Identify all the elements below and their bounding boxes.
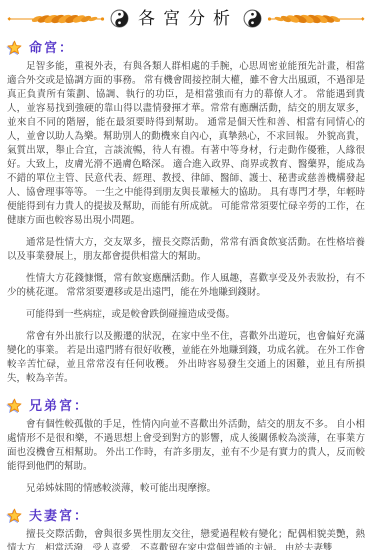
- rope-divider-left-icon: [7, 11, 105, 27]
- star-icon: [7, 508, 22, 523]
- section-header: 命宮：: [7, 40, 372, 55]
- analysis-page: 各宮分析: [0, 0, 372, 550]
- star-icon: [7, 40, 22, 55]
- section-title: 兄弟宮：: [29, 399, 89, 412]
- paragraph: 可能得到一些病症，或是較會跌倒碰撞造成受傷。: [7, 308, 365, 322]
- paragraph: 兄弟姊妹間的情感較淡薄，較可能出現摩擦。: [7, 482, 365, 496]
- paragraph: 性情大方花錢慷慨，常有飲宴應酬活動。作人風趣，喜歡享受及外表妝扮，有不少的桃花運…: [7, 272, 365, 300]
- paragraph: 會有個性較孤傲的手足，性情內向並不喜歡出外活動，結交的朋友不多。 自小相處情形不…: [7, 418, 365, 474]
- section-header: 夫妻宮：: [7, 508, 372, 523]
- rope-divider-right-icon: [267, 11, 365, 27]
- section-header: 兄弟宮：: [7, 398, 372, 413]
- paragraph: 擅長交際活動，會與很多異性朋友交往，戀愛過程較有變化；配偶相貌美艷，熱情大方，相…: [7, 528, 365, 550]
- paragraph: 足智多能，重視外表，有與各類人群相處的手腕，心思周密並能預先計畫，相當適合外交或…: [7, 60, 365, 228]
- taiji-icon: [243, 9, 262, 28]
- section-ming-gong: 命宮： 足智多能，重視外表，有與各類人群相處的手腕，心思周密並能預先計畫，相當適…: [0, 40, 372, 386]
- taiji-icon: [110, 9, 129, 28]
- paragraph: 通常是性情大方，交友眾多，擅長交際活動，常常有酒食飲宴活動。在性格培養以及事業發…: [7, 236, 365, 264]
- section-title: 命宮：: [29, 41, 74, 54]
- page-title: 各宮分析: [138, 10, 238, 27]
- section-xiong-di-gong: 兄弟宮： 會有個性較孤傲的手足，性情內向並不喜歡出外活動，結交的朋友不多。 自小…: [0, 398, 372, 496]
- section-title: 夫妻宮：: [29, 509, 89, 522]
- page-header: 各宮分析: [0, 0, 372, 28]
- section-fu-qi-gong: 夫妻宮： 擅長交際活動，會與很多異性朋友交往，戀愛過程較有變化；配偶相貌美艷，熱…: [0, 508, 372, 550]
- paragraph: 常會有外出旅行以及搬遷的狀況，在家中坐不住，喜歡外出遊玩，也會偏好充滿變化的事業…: [7, 330, 365, 386]
- star-icon: [7, 398, 22, 413]
